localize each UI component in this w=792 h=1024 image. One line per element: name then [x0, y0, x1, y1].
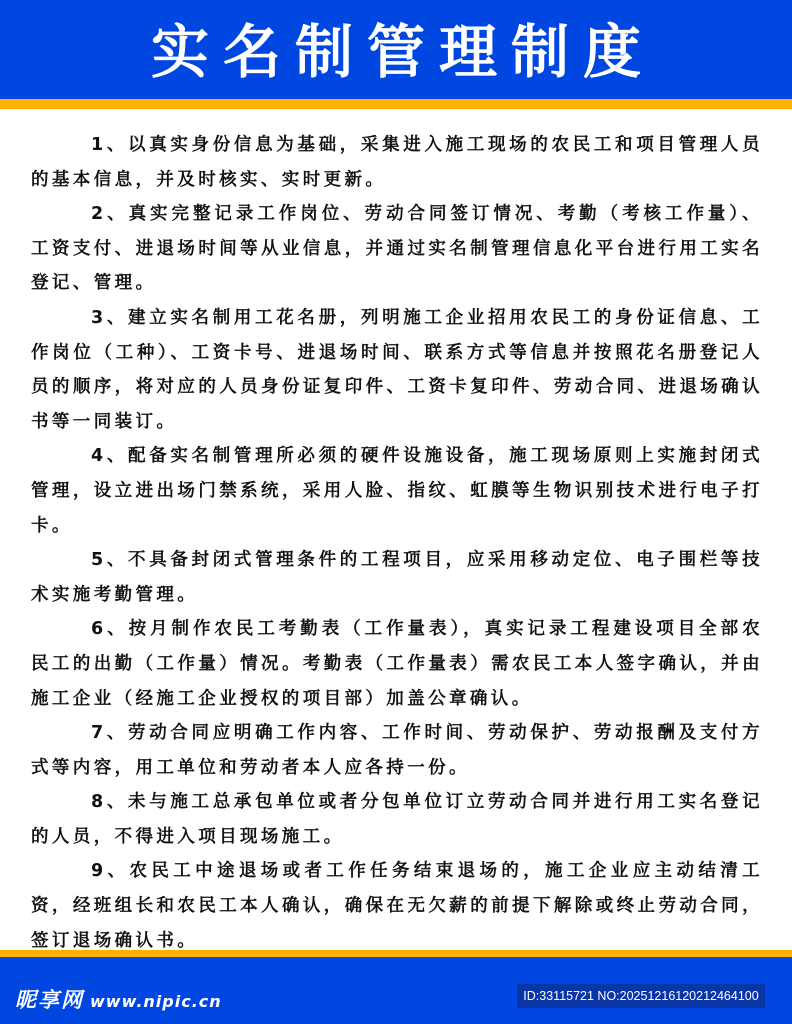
header-banner: 实名制管理制度 [0, 0, 792, 99]
brand-name: 昵享网 [15, 984, 84, 1014]
header-accent-stripe [0, 99, 792, 109]
regulation-item-5: 5、不具备封闭式管理条件的工程项目，应采用移动定位、电子围栏等技术实施考勤管理。 [31, 543, 763, 612]
page-title: 实名制管理制度 [137, 23, 655, 81]
regulation-item-2: 2、真实完整记录工作岗位、劳动合同签订情况、考勤（考核工作量）、工资支付、进退场… [31, 197, 763, 301]
regulation-item-6: 6、按月制作农民工考勤表（工作量表），真实记录工程建设项目全部农民工的出勤（工作… [31, 612, 763, 716]
regulation-item-1: 1、以真实身份信息为基础，采集进入施工现场的农民工和项目管理人员的基本信息，并及… [31, 128, 763, 197]
regulation-item-3: 3、建立实名制用工花名册，列明施工企业招用农民工的身份证信息、工作岗位（工种）、… [31, 301, 763, 439]
regulation-item-4: 4、配备实名制管理所必须的硬件设施设备，施工现场原则上实施封闭式管理，设立进出场… [31, 439, 763, 543]
regulation-item-8: 8、未与施工总承包单位或者分包单位订立劳动合同并进行用工实名登记的人员，不得进入… [31, 785, 763, 854]
regulation-body: 1、以真实身份信息为基础，采集进入施工现场的农民工和项目管理人员的基本信息，并及… [31, 128, 763, 958]
watermark-logo: 昵享网 www.nipic.cn [15, 984, 222, 1014]
footer-accent-stripe [0, 950, 792, 957]
regulation-item-9: 9、农民工中途退场或者工作任务结束退场的，施工企业应主动结清工资，经班组长和农民… [31, 854, 763, 958]
brand-url: www.nipic.cn [90, 992, 222, 1011]
image-id-label: ID:33115721 NO:20251216120212464100 [517, 984, 765, 1008]
regulation-item-7: 7、劳动合同应明确工作内容、工作时间、劳动保护、劳动报酬及支付方式等内容，用工单… [31, 716, 763, 785]
